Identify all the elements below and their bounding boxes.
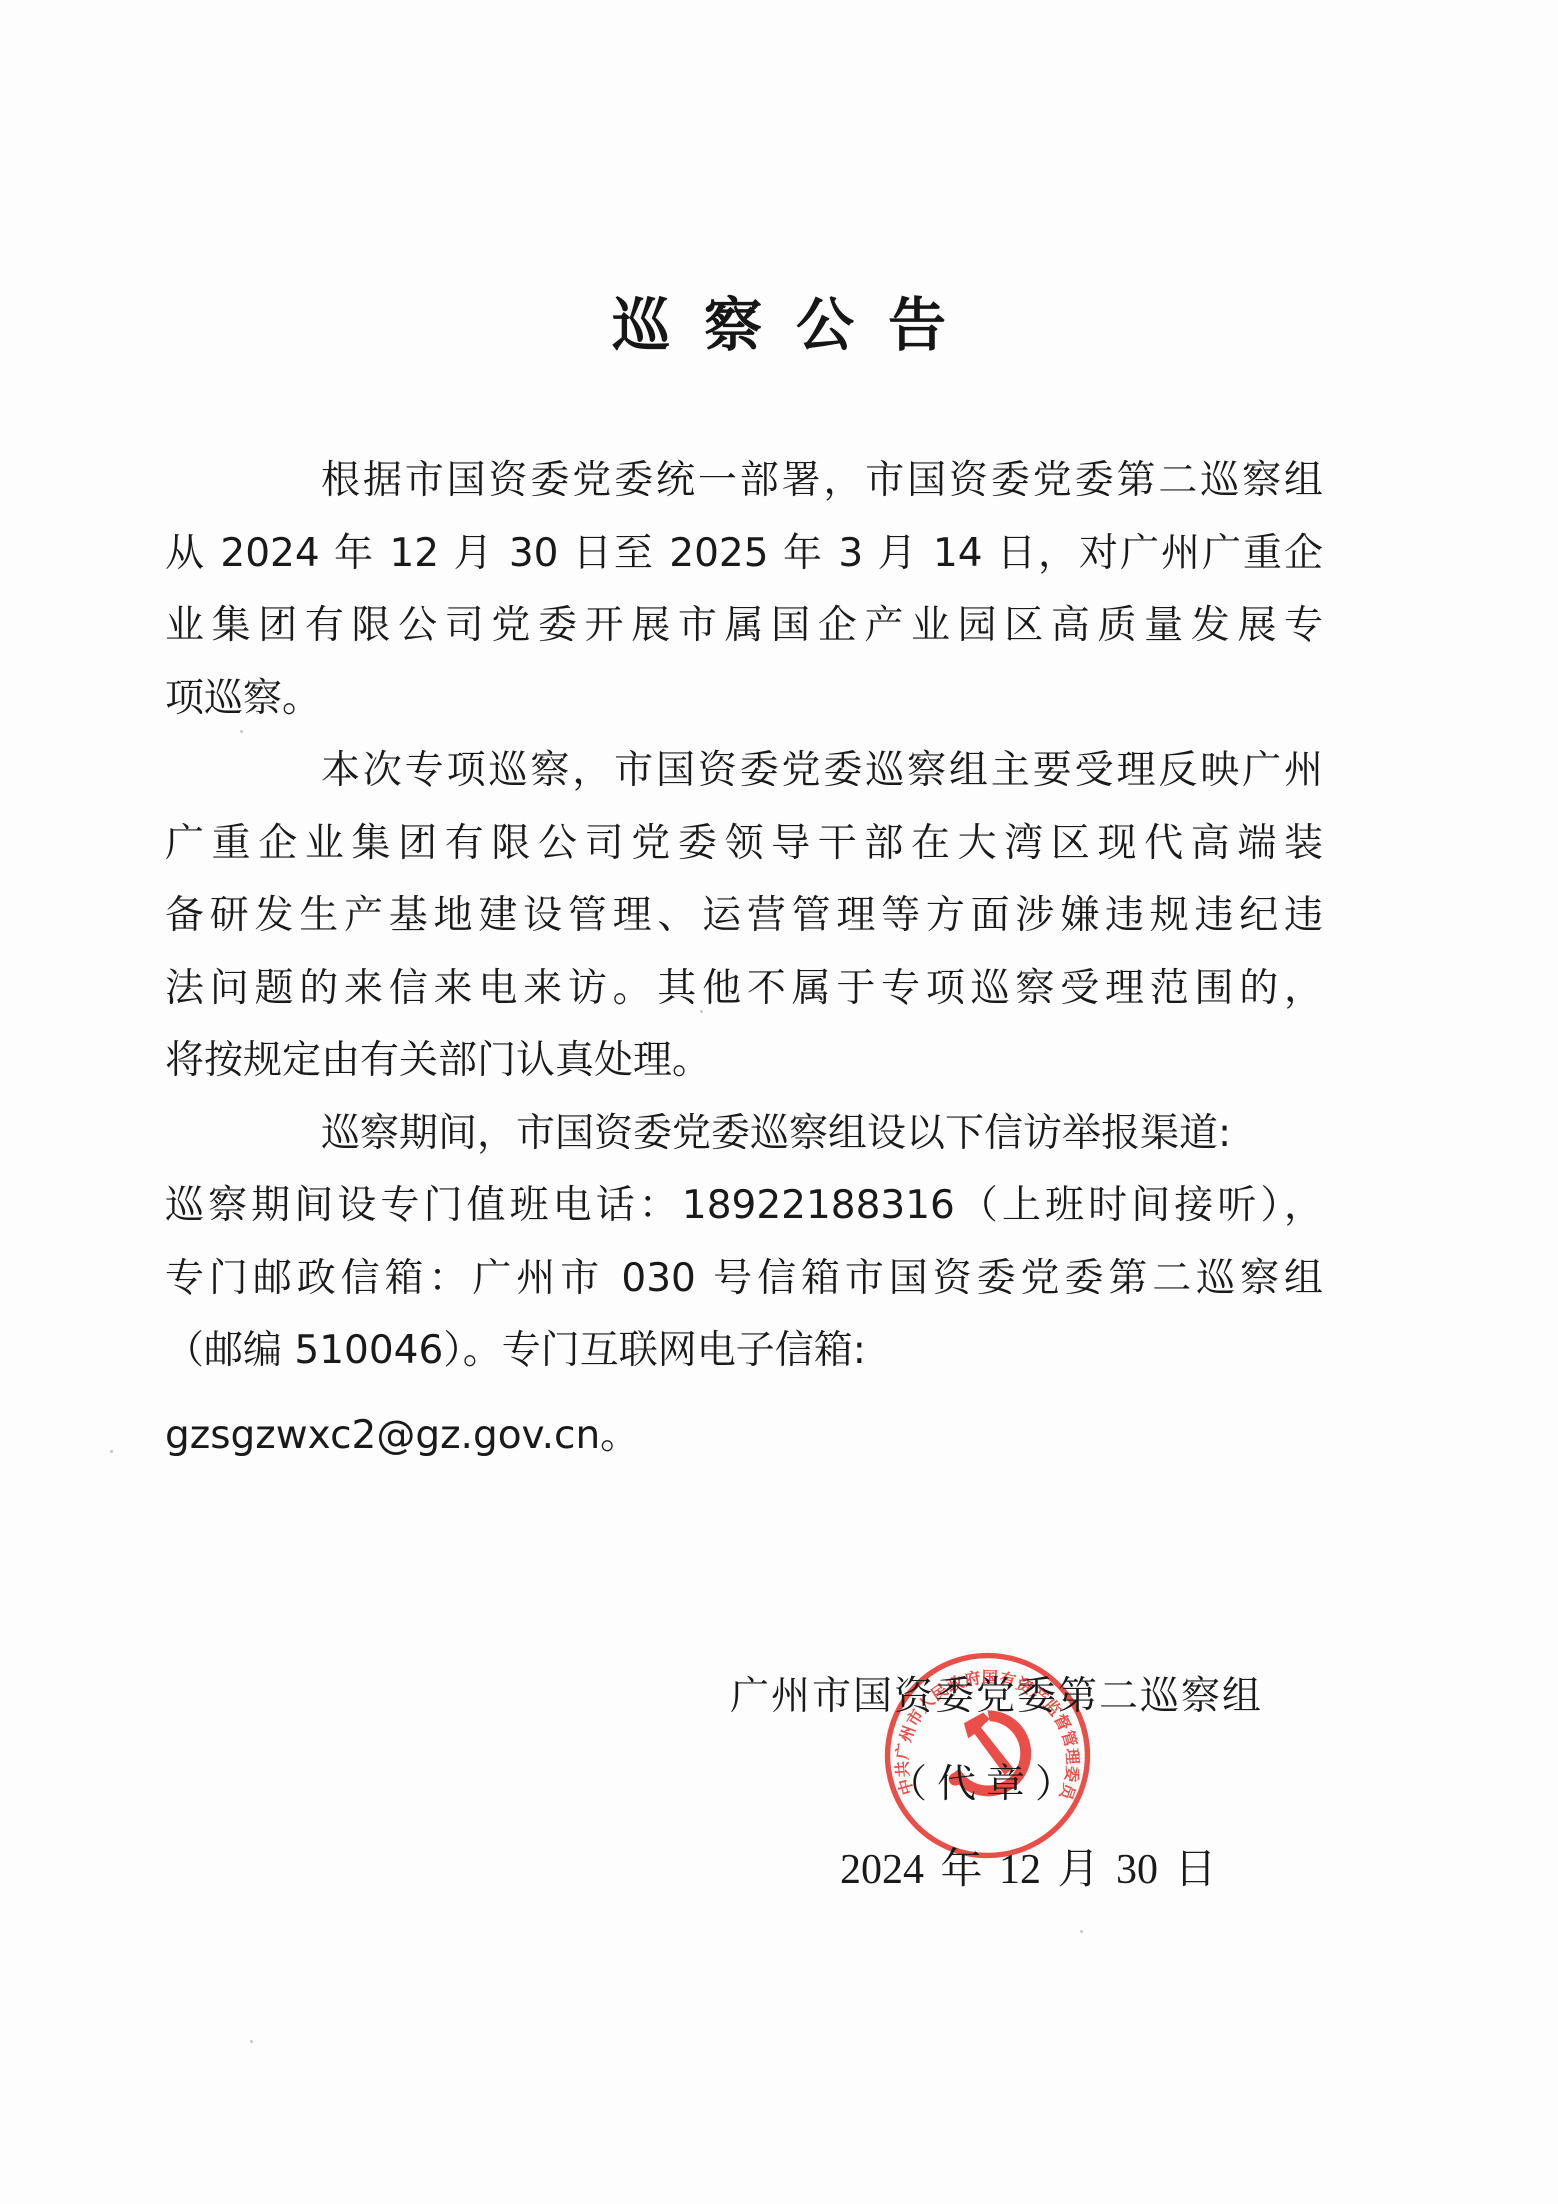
paragraph-line: 专门邮政信箱：广州市 030 号信箱市国资委党委第二巡察组: [243, 1243, 1323, 1316]
scan-speck: [700, 1010, 703, 1013]
document-page: 巡察公告 根据市国资委党委统一部署，市国资委党委第二巡察组 从 2024 年 1…: [0, 0, 1558, 2204]
paragraph-line: 从 2024 年 12 月 30 日至 2025 年 3 月 14 日，对广州广…: [243, 518, 1323, 591]
scan-speck: [1080, 1930, 1083, 1933]
signature-organization: 广州市国资委党委第二巡察组: [730, 1665, 1263, 1721]
paragraph-line: 业集团有限公司党委开展市属国企产业园区高质量发展专: [243, 590, 1323, 663]
paragraph-1: 根据市国资委党委统一部署，市国资委党委第二巡察组 从 2024 年 12 月 3…: [243, 445, 1323, 735]
signature-date: 2024 年 12 月 30 日: [840, 1836, 1217, 1896]
email-line: gzsgzwxc2@gz.gov.cn。: [243, 1400, 1323, 1473]
scan-speck: [250, 2040, 253, 2043]
document-title: 巡察公告: [0, 278, 1558, 362]
paragraph-line: 本次专项巡察，市国资委党委巡察组主要受理反映广州: [243, 735, 1323, 808]
paragraph-3: 巡察期间，市国资委党委巡察组设以下信访举报渠道: 巡察期间设专门值班电话：189…: [243, 1098, 1323, 1473]
paragraph-line: 法问题的来信来电来访。其他不属于专项巡察受理范围的，: [243, 953, 1323, 1026]
paragraph-line: 巡察期间设专门值班电话：18922188316（上班时间接听），: [243, 1170, 1323, 1243]
paragraph-line: 根据市国资委党委统一部署，市国资委党委第二巡察组: [243, 445, 1323, 518]
paragraph-line: 项巡察。: [243, 663, 1323, 736]
paragraph-line: （邮编 510046）。专门互联网电子信箱:: [243, 1315, 1323, 1388]
paragraph-2: 本次专项巡察，市国资委党委巡察组主要受理反映广州 广重企业集团有限公司党委领导干…: [243, 735, 1323, 1098]
scan-speck: [110, 1450, 113, 1453]
scan-speck: [240, 730, 243, 733]
paragraph-line: 巡察期间，市国资委党委巡察组设以下信访举报渠道:: [243, 1098, 1323, 1171]
paragraph-line: 广重企业集团有限公司党委领导干部在大湾区现代高端装: [243, 808, 1323, 881]
paragraph-line: 将按规定由有关部门认真处理。: [243, 1025, 1323, 1098]
document-body: 根据市国资委党委统一部署，市国资委党委第二巡察组 从 2024 年 12 月 3…: [243, 445, 1323, 1472]
paragraph-line: 备研发生产基地建设管理、运营管理等方面涉嫌违规违纪违: [243, 880, 1323, 953]
signature-seal-note: （代章）: [888, 1753, 1084, 1809]
